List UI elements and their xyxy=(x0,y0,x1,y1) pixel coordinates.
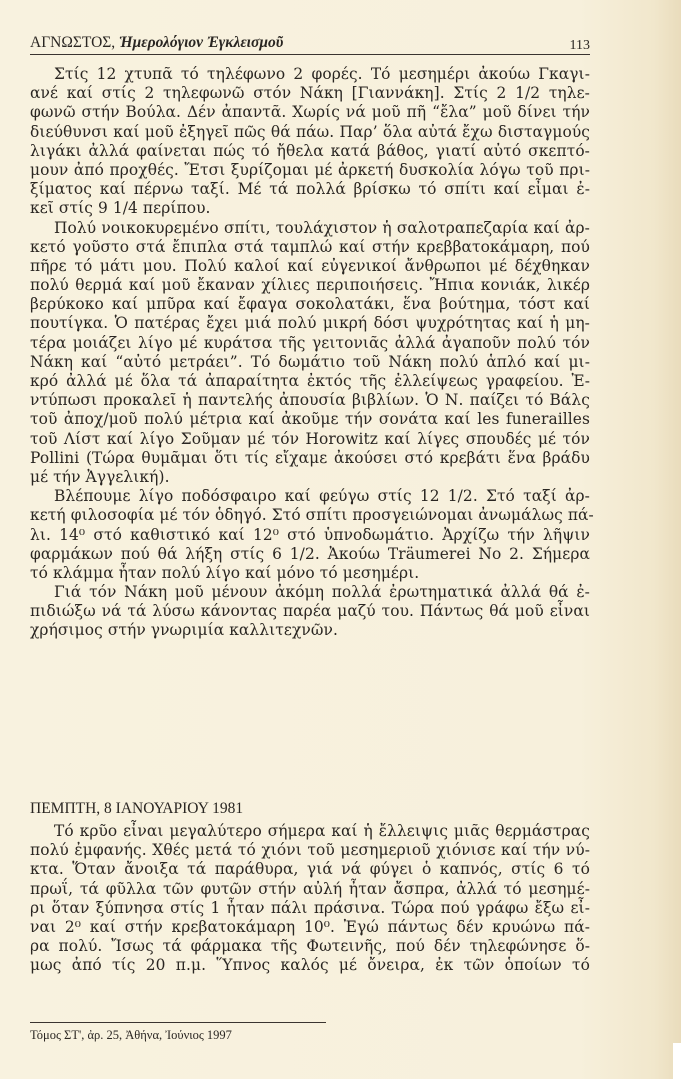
text-line: μέ τήν Ἀγγελική). xyxy=(30,468,590,487)
text-line: Τό κρῦο εἶναι μεγαλύτερο σήμερα καί ἡ ἔλ… xyxy=(30,822,590,841)
text-line: Γιά τόν Νάκη μοῦ μένουν ἀκόμη πολλά ἐρωτ… xyxy=(30,583,590,602)
text-line: κετή φιλοσοφία μέ τόν ὁδηγό. Στό σπίτι π… xyxy=(30,506,590,525)
text-line: Pollini (Τώρα θυμᾶμαι ὅτι τίς εἴχαμε ἀκο… xyxy=(30,449,590,468)
scan-edge xyxy=(673,1043,681,1079)
text-line: βερύκοκο καί μπῦρα καί ἔφαγα σοκολατάκι,… xyxy=(30,295,590,314)
text-line: φαρμάκων πού θά λήξη στίς 6 1/2. Ἀκούω T… xyxy=(30,545,590,564)
entry-body-1: Στίς 12 χτυπᾶ τό τηλέφωνο 2 φορές. Τό με… xyxy=(30,65,590,641)
text-line: πολύ θερμά καί μοῦ ἔκαναν χίλιες περιποι… xyxy=(30,276,590,295)
text-line: φωνῶ στήν Βούλα. Δέν ἀπαντᾶ. Χωρίς νά μο… xyxy=(30,103,590,122)
text-line: μουν ἀπό προχθές. Ἔτσι ξυρίζομαι μέ ἀρκε… xyxy=(30,161,590,180)
text-line: ναι 2⁰ καί στήν κρεβατοκάμαρη 10⁰. Ἐγώ π… xyxy=(30,918,590,937)
text-line: πῆρε τό μάτι μου. Πολύ καλοί καί εὐγενικ… xyxy=(30,257,590,276)
running-header: ΑΓΝΩΣΤΟΣ, Ἡμερολόγιον Ἐγκλεισμοῦ 113 xyxy=(30,32,590,55)
page-number: 113 xyxy=(570,38,590,54)
header-title: ΑΓΝΩΣΤΟΣ, Ἡμερολόγιον Ἐγκλεισμοῦ xyxy=(30,34,283,52)
footnote-citation: Τόμος ΣΤ', ἀρ. 25, Ἀθήνα, Ἰούνιος 1997 xyxy=(30,1028,232,1043)
text-line: πολύ ἐμφανής. Χθές μετά τό χιόνι τοῦ μεσ… xyxy=(30,841,590,860)
text-line: ρι ὅταν ξύπνησα στίς 1 ἦταν πάλι πράσινα… xyxy=(30,899,590,918)
text-line: τέρα μοιάζει λίγο μέ κυράτσα τῆς γειτονι… xyxy=(30,334,590,353)
text-line: ξίματος καί πέρνω ταξί. Μέ τά πολλά βρίσ… xyxy=(30,180,590,199)
text-line: μως ἀπό τίς 20 π.μ. Ὕπνος καλός μέ ὄνειρ… xyxy=(30,956,590,975)
entry-body-2: Τό κρῦο εἶναι μεγαλύτερο σήμερα καί ἡ ἔλ… xyxy=(30,822,590,976)
text-line: χρήσιμος στήν γνωριμία καλλιτεχνῶν. xyxy=(30,621,590,640)
text-line: Στίς 12 χτυπᾶ τό τηλέφωνο 2 φορές. Τό με… xyxy=(30,65,590,84)
text-line: πουτίγκα. Ὁ πατέρας ἔχει μιά πολύ μικρή … xyxy=(30,314,590,333)
text-line: ντύπωσι προκαλεῖ ἡ παντελής ἀπουσία βιβλ… xyxy=(30,391,590,410)
text-line: κετό γοῦστο στά ἔπιπλα στά ταμπλώ καί στ… xyxy=(30,238,590,257)
text-line: ρα πολύ. Ἴσως τά φάρμακα τῆς Φωτεινῆς, π… xyxy=(30,937,590,956)
text-line: πιδιώξω νά τά λύσω κάνοντας παρέα μαζύ τ… xyxy=(30,602,590,621)
text-line: κτα. Ὅταν ἄνοιξα τά παράθυρα, γιά νά φύγ… xyxy=(30,860,590,879)
header-work-title: Ἡμερολόγιον Ἐγκλεισμοῦ xyxy=(119,34,283,51)
text-line: Πολύ νοικοκυρεμένο σπίτι, τουλάχιστον ἡ … xyxy=(30,219,590,238)
entry-heading: ΠΕΜΠΤΗ, 8 ΙΑΝΟΥΑΡΙΟΥ 1981 xyxy=(30,800,243,818)
text-line: Νάκη καί “αὐτό μετράει”. Τό δωμάτιο τοῦ … xyxy=(30,353,590,372)
text-line: κρό ἀλλά μέ ὅλα τά ἀπαραίτητα ἐκτός τῆς … xyxy=(30,372,590,391)
text-line: τοῦ ἀποχ/μοῦ πολύ μέτρια καί ἀκοῦμε τήν … xyxy=(30,410,590,429)
text-line: λιγάκι ἀλλά φαίνεται πώς τό ἤθελα κατά β… xyxy=(30,142,590,161)
header-author: ΑΓΝΩΣΤΟΣ, xyxy=(30,34,115,51)
text-line: ανέ καί στίς 2 τηλεφωνῶ στόν Νάκη [Γιανν… xyxy=(30,84,590,103)
text-line: κεῖ στίς 9 1/4 περίπου. xyxy=(30,199,590,218)
scanned-page: ΑΓΝΩΣΤΟΣ, Ἡμερολόγιον Ἐγκλεισμοῦ 113 Στί… xyxy=(0,0,681,1079)
text-line: λι. 14⁰ στό καθιστικό καί 12⁰ στό ὑπνοδω… xyxy=(30,526,590,545)
text-line: τοῦ Λίστ καί λίγο Σοῦμαν μέ τόν Horowitz… xyxy=(30,430,590,449)
text-line: τό κλάμμα ἦταν πολύ λίγο καί μόνο τό μεσ… xyxy=(30,564,590,583)
text-line: Βλέπουμε λίγο ποδόσφαιρο καί φεύγω στίς … xyxy=(30,487,590,506)
text-line: πρωΐ, τά φῦλλα τῶν φυτῶν στήν αὐλή ἦταν … xyxy=(30,880,590,899)
footnote-divider xyxy=(30,1022,326,1023)
text-line: διεύθυνσι καί μοῦ ἐξηγεῖ πῶς θά πάω. Παρ… xyxy=(30,123,590,142)
